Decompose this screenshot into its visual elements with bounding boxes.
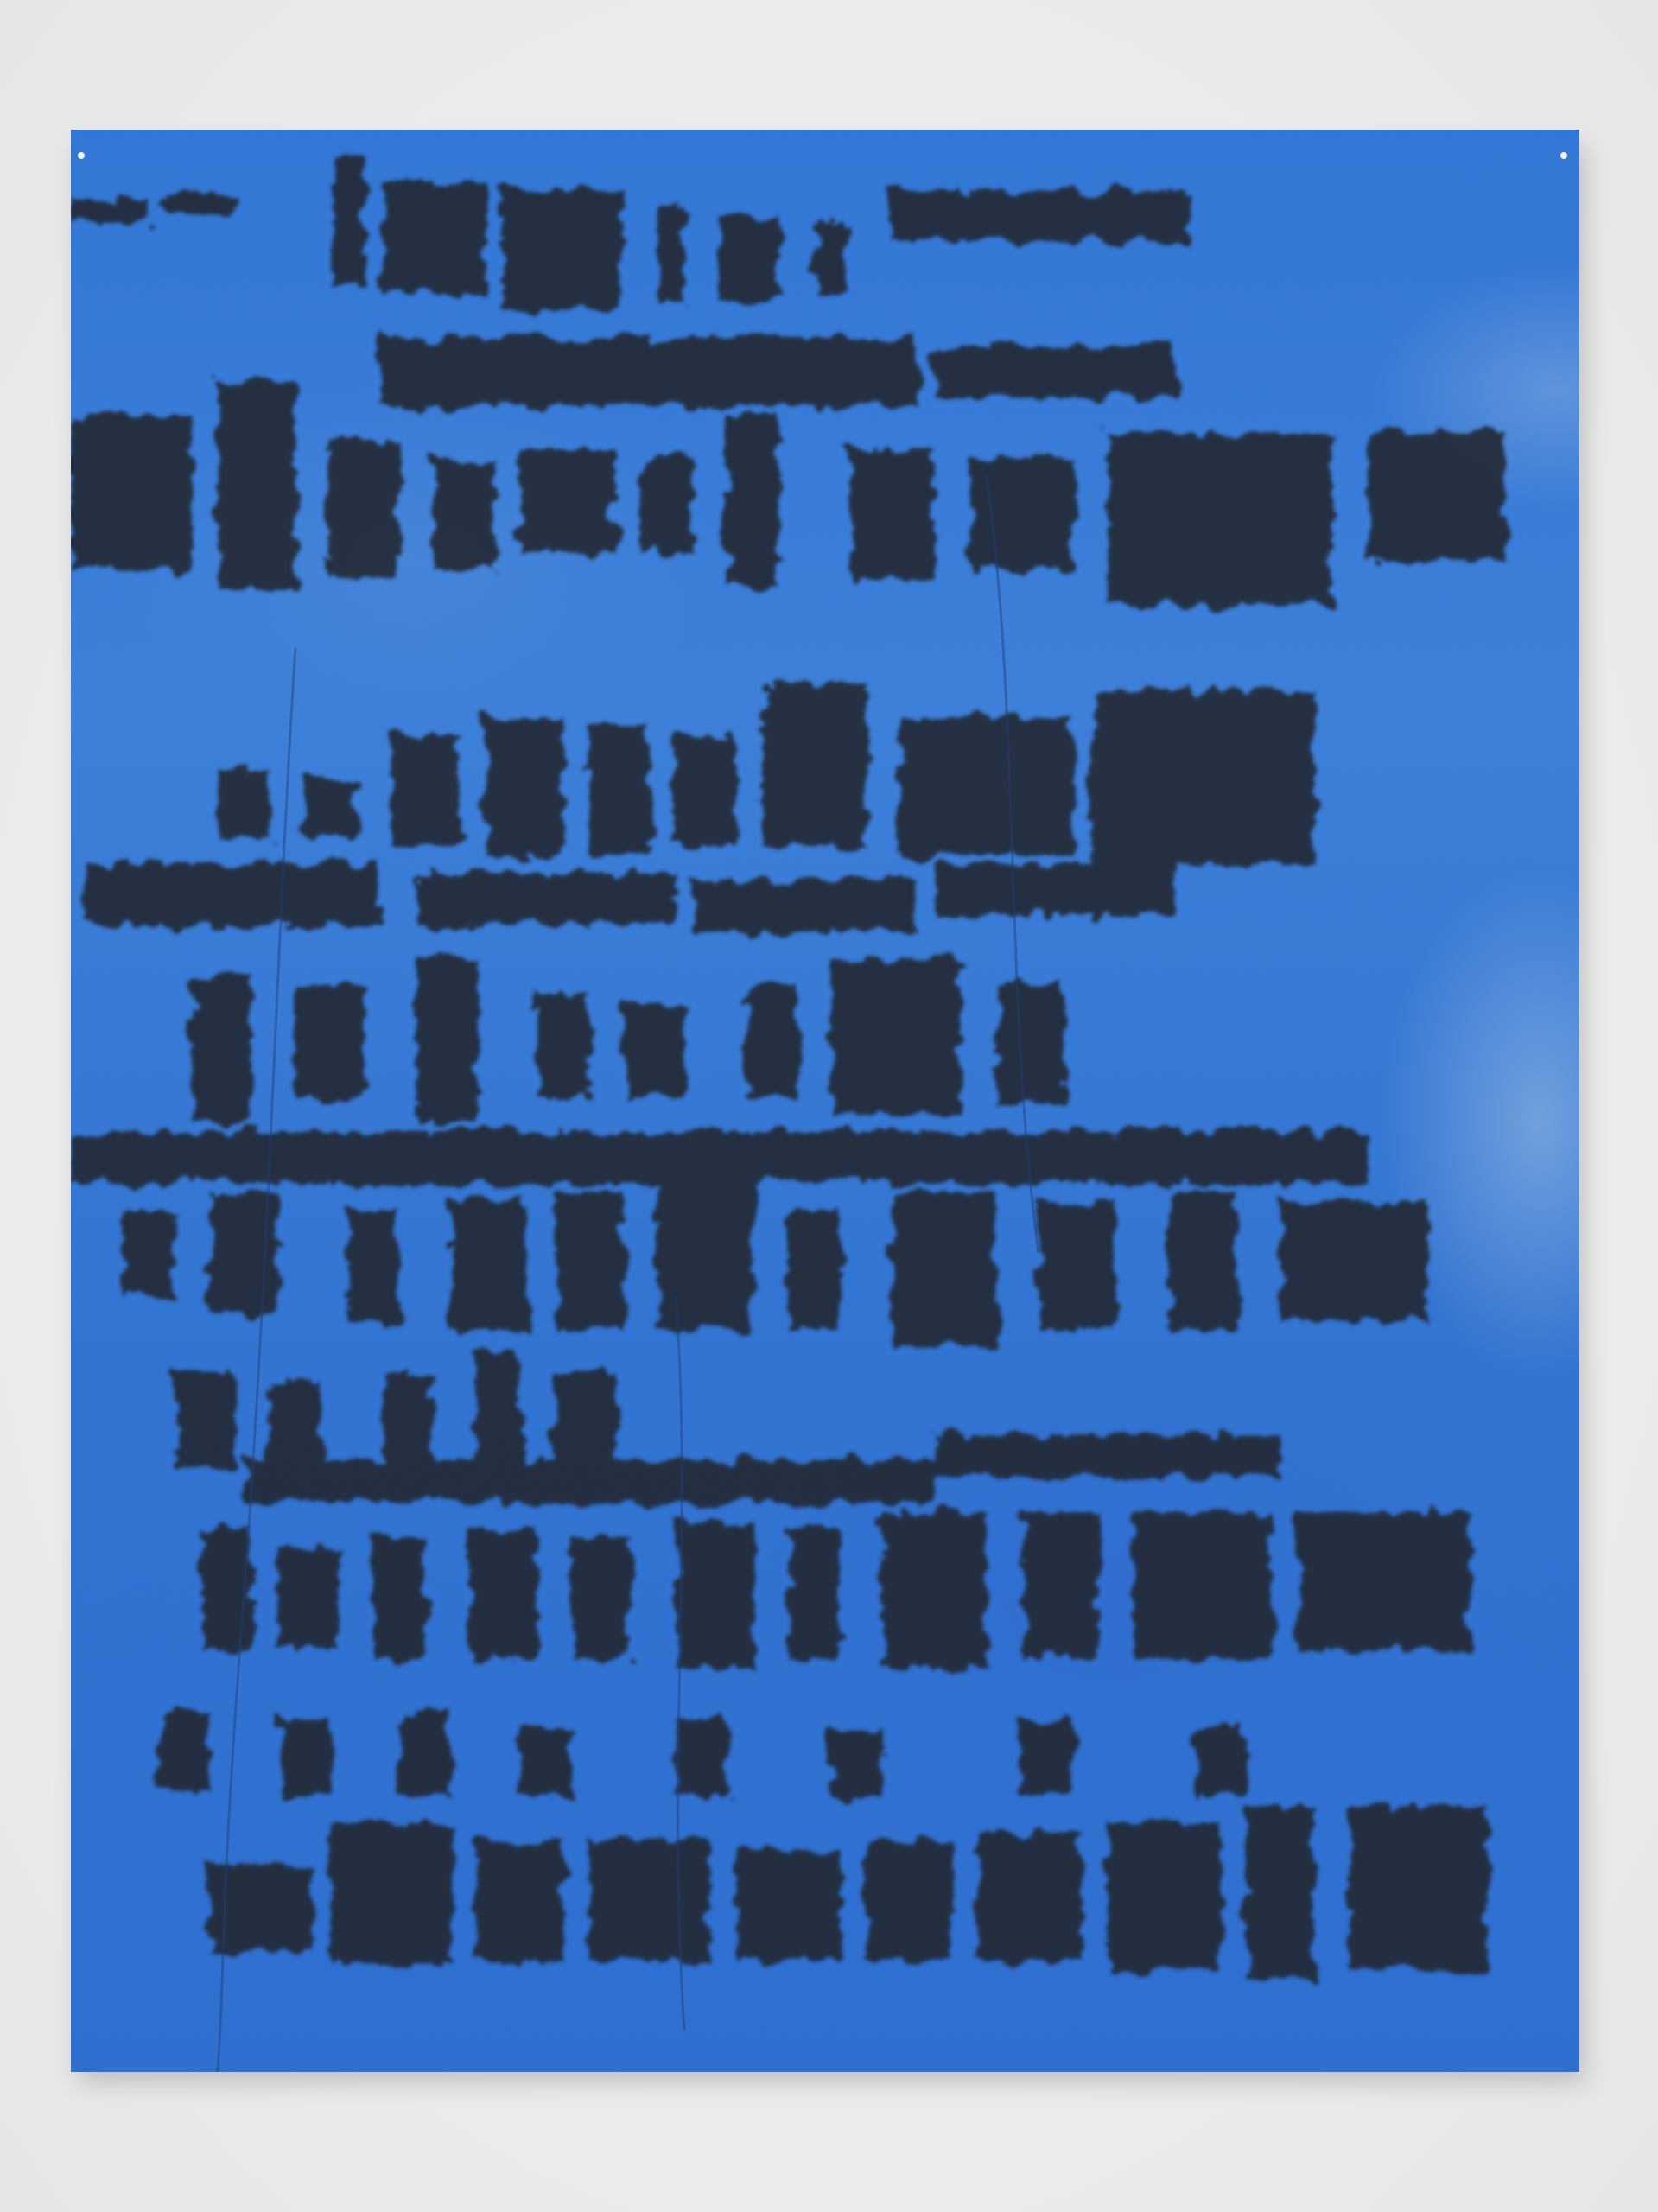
pin-hole-top-left bbox=[78, 152, 85, 159]
pin-hole-top-right bbox=[1560, 152, 1567, 159]
charcoal-marks bbox=[71, 130, 1579, 2072]
blue-paper-artwork bbox=[71, 130, 1579, 2072]
